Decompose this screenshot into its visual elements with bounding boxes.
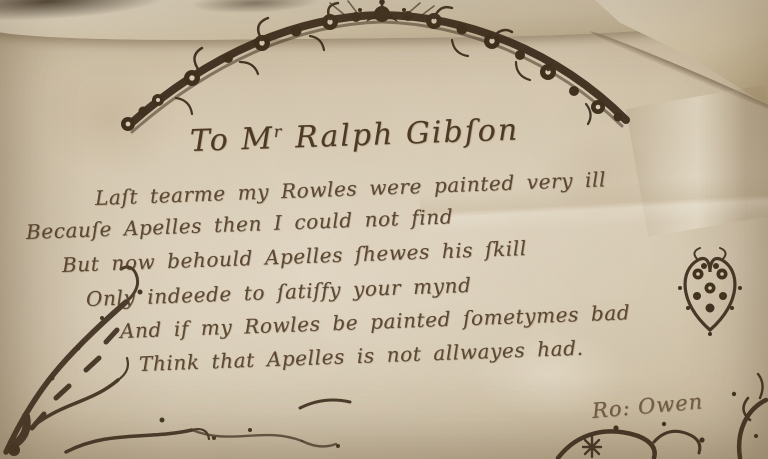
top-center-crease-shadow [190,0,321,15]
top-left-crease-shadow [0,0,171,23]
title-text: To M [189,121,274,159]
poem-line-6: Think that Apelles is not allwayes had. [139,336,584,376]
top-parchment-roll [0,0,768,42]
fold-edge-shadow [589,28,768,116]
right-crease [626,85,768,237]
crowned-garland-flourish-icon [121,0,626,132]
signature: Ro: Owen [591,389,704,423]
parchment-stain [40,60,180,180]
manuscript-photo: To Mr Ralph Gibſon Laſt tearme my Rowles… [0,0,768,459]
top-right-fold [584,0,768,116]
poem-line-2: Becauſe Apelles then I could not find [26,204,454,244]
title-text-rest: Ralph Gibſon [283,113,520,156]
heart-scrollwork-ornament-icon [678,248,742,336]
poem-line-1: Laſt tearme my Rowles were painted very … [95,167,607,210]
dedication-title: To Mr Ralph Gibſon [189,113,519,159]
poem-line-4: Only indeede to ſatiſfy your mynd [86,273,472,311]
poem-line-3: But now behould Apelles ſhewes his ſkill [62,236,528,277]
